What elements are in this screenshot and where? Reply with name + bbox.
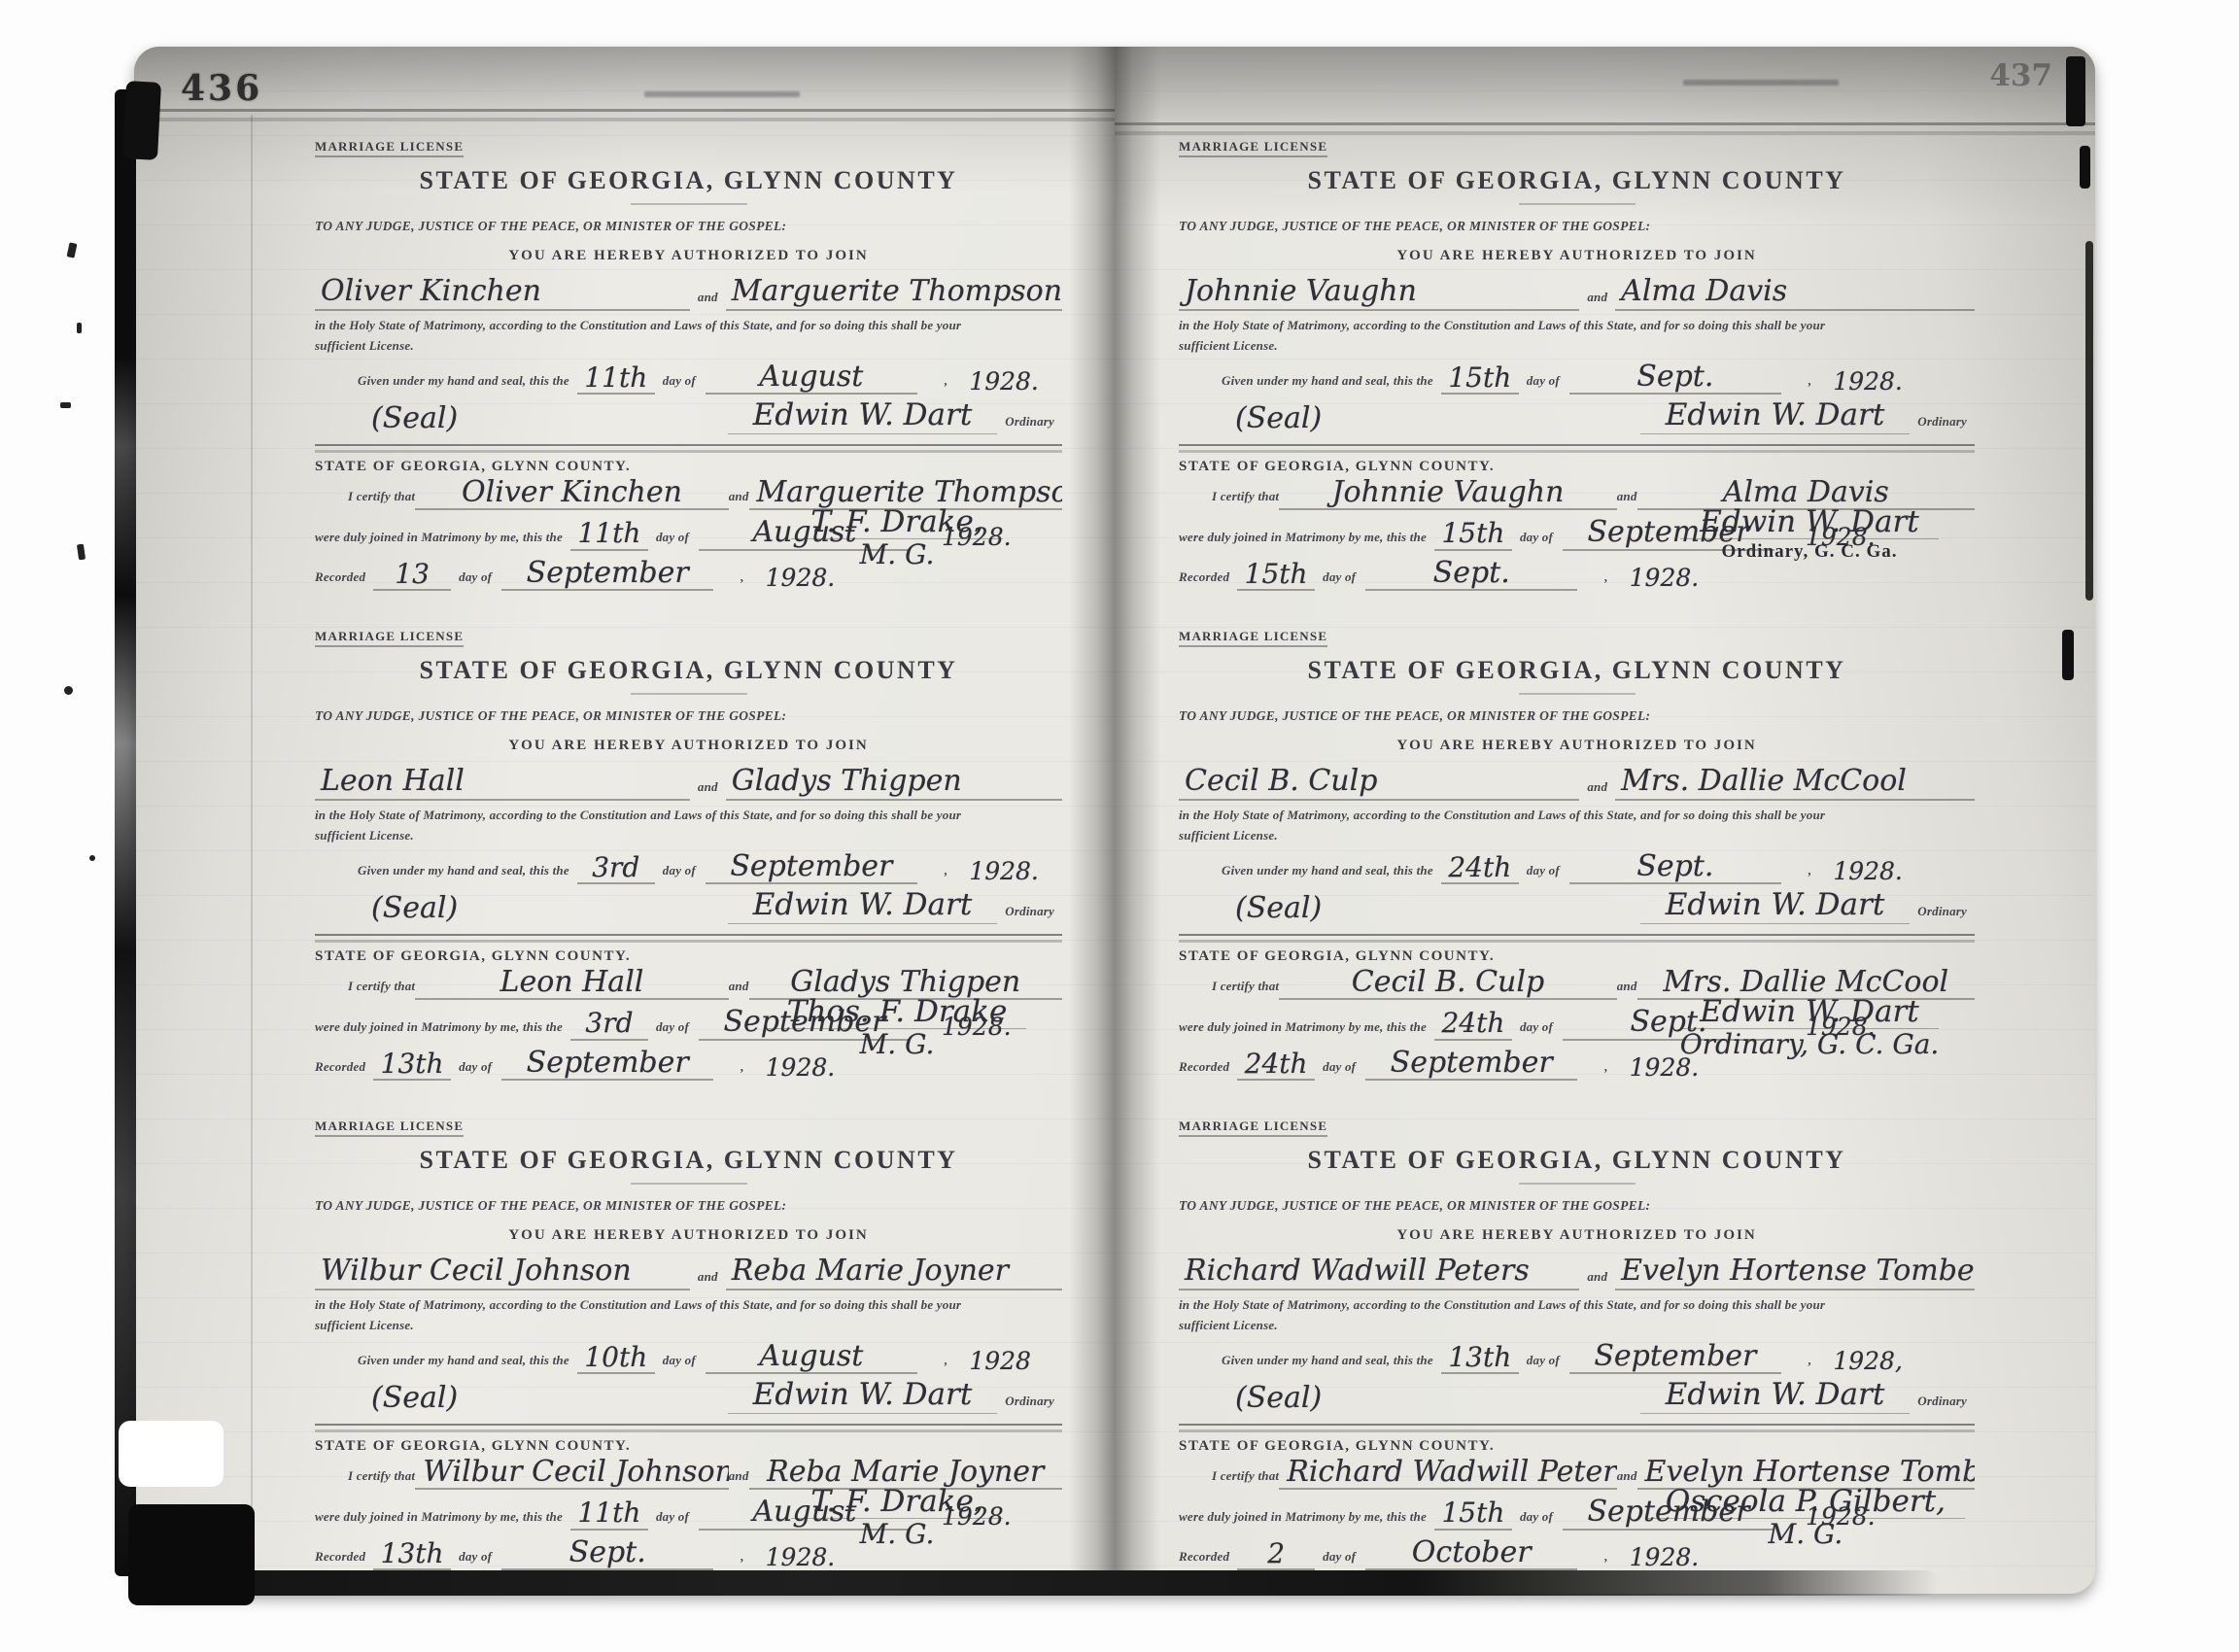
license-month: Sept. [1569,851,1781,885]
scan-artifact [2066,56,2085,126]
names-line: Richard Wadwill Peters and Evelyn Horten… [1179,1256,1975,1291]
ordinary-label: Ordinary [1005,1394,1054,1414]
day-of-label: day of [1520,1019,1553,1041]
minister-signature-line2: M. G. [741,1030,1052,1058]
section-divider [1179,934,1975,940]
recorded-day: 2 [1237,1539,1315,1570]
and-label: and [1587,779,1607,801]
license-day: 10th [577,1343,655,1374]
joined-clause: were duly joined in Matrimony by me, thi… [315,1019,563,1041]
i-certify-label: I certify that [1212,1468,1279,1490]
minister-signature-line1: Thos. F. Drake [768,996,1027,1030]
given-under-text: Given under my hand and seal, this the [1222,863,1433,884]
certificate-body: I certify that Wilbur Cecil Johnson and … [315,1457,1062,1571]
salutation: TO ANY JUDGE, JUSTICE OF THE PEACE, OR M… [315,1198,1062,1214]
joined-day: 15th [1434,519,1512,550]
minister-signature-line2: M. G. [741,540,1052,568]
page-top-rule [134,109,1115,118]
joined-clause: were duly joined in Matrimony by me, thi… [1179,1509,1427,1531]
day-of-label: day of [1527,863,1560,884]
minister-signature-line1: Edwin W. Dart [1680,996,1939,1030]
joined-clause: were duly joined in Matrimony by me, thi… [315,530,563,551]
printer-mark [644,91,800,97]
state-header: STATE OF GEORGIA, GLYNN COUNTY [315,1146,1062,1175]
header-rule [1519,693,1636,695]
scan-artifact [2085,241,2093,601]
matrimony-clause: in the Holy State of Matrimony, accordin… [315,1297,1062,1313]
header-rule [631,1183,747,1185]
bride-name: Alma Davis [1615,276,1975,311]
sufficient-license: sufficient License. [1179,338,1975,354]
license-month: August [706,361,917,396]
scan-artifact [199,1570,1939,1596]
license-date-line: Given under my hand and seal, this the 2… [1179,851,1975,885]
page-number-right: 437 [1989,58,2052,93]
and-label: and [1617,1468,1637,1490]
state-header: STATE OF GEORGIA, GLYNN COUNTY [1179,1146,1975,1175]
joined-day: 11th [570,1498,648,1530]
seal-signature-line: (Seal) Edwin W. Dart Ordinary [315,889,1062,924]
scan-artifact [67,242,78,258]
minister-signature-line2: M. G. [741,1520,1052,1548]
ordinary-signature: Edwin W. Dart [1640,889,1911,924]
minister-signature-line2: Ordinary, G. C. Ga. [1654,540,1965,565]
matrimony-clause: in the Holy State of Matrimony, accordin… [1179,1297,1975,1313]
minister-signature-line1: T. F. Drake, [791,1486,1002,1520]
ordinary-label: Ordinary [1005,904,1054,924]
minister-signature-block: Edwin W. Dart Ordinary, G. C. Ga. [1654,996,1965,1059]
license-day: 24th [1441,853,1519,884]
recorded-month: October [1365,1537,1577,1571]
names-line: Johnnie Vaughn and Alma Davis [1179,276,1975,311]
certificate-body: I certify that Richard Wadwill Peters an… [1179,1457,1975,1571]
scan-artifact [115,89,136,1576]
license-year: 1928. [969,859,1039,884]
minister-signature-block: T. F. Drake, M. G. [741,1486,1052,1549]
joined-day: 24th [1434,1009,1512,1040]
license-year: 1928. [1833,859,1903,884]
authorized-line: YOU ARE HEREBY AUTHORIZED TO JOIN [315,738,1062,754]
minister-signature-block: T. F. Drake, M. G. [741,506,1052,569]
minister-signature-line1: T. F. Drake, [791,506,1002,540]
recorded-label: Recorded [315,569,365,591]
certificate-groom-name: Oliver Kinchen [415,477,728,511]
day-of-label: day of [1323,1549,1356,1570]
comma: , [741,1549,743,1570]
recorded-year: 1928. [1630,566,1700,591]
groom-name: Richard Wadwill Peters [1179,1256,1579,1291]
recorded-year: 1928. [766,1545,836,1570]
certificate-header: STATE OF GEORGIA, GLYNN COUNTY. [315,948,1062,965]
recorded-month: Sept. [1365,558,1577,592]
certificate-header: STATE OF GEORGIA, GLYNN COUNTY. [315,459,1062,475]
ordinary-signature: Edwin W. Dart [728,399,998,434]
seal-text: (Seal) [371,1383,458,1414]
seal-text: (Seal) [1235,403,1322,434]
recorded-day: 15th [1237,560,1315,591]
day-of-label: day of [1323,569,1356,591]
seal-text: (Seal) [1235,893,1322,924]
names-line: Wilbur Cecil Johnson and Reba Marie Joyn… [315,1256,1062,1291]
authorized-line: YOU ARE HEREBY AUTHORIZED TO JOIN [315,1227,1062,1244]
recorded-day: 13th [373,1539,451,1570]
salutation: TO ANY JUDGE, JUSTICE OF THE PEACE, OR M… [1179,708,1975,724]
certificate-header: STATE OF GEORGIA, GLYNN COUNTY. [1179,948,1975,965]
groom-name: Leon Hall [315,766,690,801]
authorized-line: YOU ARE HEREBY AUTHORIZED TO JOIN [1179,1227,1975,1244]
comma: , [1604,569,1607,591]
seal-text: (Seal) [1235,1383,1322,1414]
certificate-groom-name: Johnnie Vaughn [1279,477,1616,511]
seal-text: (Seal) [371,893,458,924]
seal-signature-line: (Seal) Edwin W. Dart Ordinary [315,1379,1062,1414]
matrimony-clause: in the Holy State of Matrimony, accordin… [315,318,1062,333]
certificate-groom-name: Leon Hall [415,967,728,1001]
joined-day: 3rd [570,1009,648,1040]
day-of-label: day of [459,1549,492,1570]
day-of-label: day of [663,373,696,395]
license-day: 3rd [577,853,655,884]
comma: , [741,1059,743,1081]
seal-signature-line: (Seal) Edwin W. Dart Ordinary [1179,889,1975,924]
license-year: 1928 [969,1349,1031,1374]
recorded-year: 1928. [766,566,836,591]
license-year: 1928. [1833,369,1903,395]
given-under-text: Given under my hand and seal, this the [358,373,569,395]
recorded-label: Recorded [1179,569,1229,591]
recorded-day: 13 [373,560,451,591]
day-of-label: day of [459,569,492,591]
sufficient-license: sufficient License. [315,828,1062,843]
and-label: and [1587,290,1607,311]
joined-clause: were duly joined in Matrimony by me, thi… [1179,530,1427,551]
page-number-left: 436 [181,68,262,109]
joined-clause: were duly joined in Matrimony by me, thi… [315,1509,563,1531]
comma: , [1604,1549,1607,1570]
certificate-groom-name: Wilbur Cecil Johnson [415,1457,728,1491]
register-book: 436 MARRIAGE LICENSE STATE OF GEORGIA, G… [134,47,2095,1594]
section-divider [315,444,1062,450]
license-month: September [1569,1341,1781,1375]
minister-signature-block: Edwin W. Dart Ordinary, G. C. Ga. [1654,506,1965,565]
header-rule [1519,1183,1636,1185]
recorded-label: Recorded [1179,1059,1229,1081]
recorded-month: Sept. [501,1537,713,1571]
ordinary-signature: Edwin W. Dart [1640,399,1911,434]
marriage-license-label: MARRIAGE LICENSE [315,1119,464,1137]
certificate-body: I certify that Leon Hall and Gladys Thig… [315,967,1062,1082]
salutation: TO ANY JUDGE, JUSTICE OF THE PEACE, OR M… [315,708,1062,724]
scan-artifact [64,686,73,695]
recorded-year: 1928. [766,1055,836,1081]
license-year: 1928. [969,369,1039,395]
license-date-line: Given under my hand and seal, this the 3… [315,851,1062,885]
salutation: TO ANY JUDGE, JUSTICE OF THE PEACE, OR M… [1179,1198,1975,1214]
bride-name: Mrs. Dallie McCool [1615,766,1975,801]
certificate-header: STATE OF GEORGIA, GLYNN COUNTY. [315,1438,1062,1455]
printer-mark [1683,80,1839,86]
and-label: and [698,290,718,311]
and-label: and [1617,979,1637,1000]
ordinary-label: Ordinary [1917,414,1967,434]
license-month: August [706,1341,917,1375]
and-label: and [698,1269,718,1291]
section-divider [315,934,1062,940]
matrimony-clause: in the Holy State of Matrimony, accordin… [315,808,1062,823]
names-line: Leon Hall and Gladys Thigpen [315,766,1062,801]
recorded-label: Recorded [315,1059,365,1081]
section-divider [315,1424,1062,1429]
comma: , [1808,1353,1811,1374]
day-of-label: day of [459,1059,492,1081]
scan-artifact [2080,146,2090,189]
joined-day: 15th [1434,1498,1512,1530]
day-of-label: day of [663,1353,696,1374]
marriage-license-record: MARRIAGE LICENSE STATE OF GEORGIA, GLYNN… [1179,138,1975,591]
scan-artifact [89,855,95,861]
license-date-line: Given under my hand and seal, this the 1… [315,1341,1062,1375]
scan-artifact [2062,630,2074,680]
names-line: Oliver Kinchen and Marguerite Thompson [315,276,1062,311]
certificate-groom-name: Cecil B. Culp [1279,967,1616,1001]
marriage-license-label: MARRIAGE LICENSE [1179,139,1327,157]
section-divider [1179,444,1975,450]
bride-name: Reba Marie Joyner [726,1256,1062,1291]
marriage-license-label: MARRIAGE LICENSE [315,139,464,157]
right-page: 437 MARRIAGE LICENSE STATE OF GEORGIA, G… [1115,47,2095,1594]
given-under-text: Given under my hand and seal, this the [1222,1353,1433,1374]
and-label: and [1587,1269,1607,1291]
certificate-body: I certify that Oliver Kinchen and Margue… [315,477,1062,592]
day-of-label: day of [663,863,696,884]
recorded-month: September [1365,1048,1577,1082]
groom-name: Johnnie Vaughn [1179,276,1579,311]
scan-artifact [122,81,161,160]
certificate-groom-name: Richard Wadwill Peters [1279,1457,1616,1491]
authorized-line: YOU ARE HEREBY AUTHORIZED TO JOIN [315,248,1062,264]
recorded-month: September [501,558,713,592]
left-page-content: MARRIAGE LICENSE STATE OF GEORGIA, GLYNN… [315,138,1062,1594]
matrimony-clause: in the Holy State of Matrimony, accordin… [1179,318,1975,333]
recorded-label: Recorded [315,1549,365,1570]
sufficient-license: sufficient License. [315,338,1062,354]
scan-artifact [77,323,82,333]
given-under-text: Given under my hand and seal, this the [358,1353,569,1374]
license-date-line: Given under my hand and seal, this the 1… [1179,1341,1975,1375]
marriage-license-record: MARRIAGE LICENSE STATE OF GEORGIA, GLYNN… [1179,1118,1975,1570]
seal-signature-line: (Seal) Edwin W. Dart Ordinary [1179,1379,1975,1414]
groom-name: Cecil B. Culp [1179,766,1579,801]
given-under-text: Given under my hand and seal, this the [1222,373,1433,395]
minister-signature-line1: Osceola P. Gilbert, [1646,1486,1965,1520]
bride-name: Marguerite Thompson [726,276,1062,311]
day-of-label: day of [656,1509,689,1531]
joined-clause: were duly joined in Matrimony by me, thi… [1179,1019,1427,1041]
comma: , [945,373,947,395]
comma: , [741,569,743,591]
comma: , [1604,1059,1607,1081]
and-label: and [1617,489,1637,510]
i-certify-label: I certify that [348,1468,415,1490]
day-of-label: day of [656,1019,689,1041]
comma: , [945,1353,947,1374]
marriage-license-label: MARRIAGE LICENSE [1179,1119,1327,1137]
header-rule [1519,203,1636,205]
marriage-license-label: MARRIAGE LICENSE [1179,629,1327,647]
minister-signature-block: Thos. F. Drake M. G. [741,996,1052,1059]
recorded-year: 1928. [1630,1545,1700,1570]
joined-day: 11th [570,519,648,550]
day-of-label: day of [656,530,689,551]
seal-signature-line: (Seal) Edwin W. Dart Ordinary [315,399,1062,434]
marriage-license-record: MARRIAGE LICENSE STATE OF GEORGIA, GLYNN… [1179,628,1975,1081]
recorded-month: September [501,1048,713,1082]
state-header: STATE OF GEORGIA, GLYNN COUNTY [315,656,1062,685]
groom-name: Wilbur Cecil Johnson [315,1256,690,1291]
i-certify-label: I certify that [1212,489,1279,510]
ordinary-signature: Edwin W. Dart [728,889,998,924]
names-line: Cecil B. Culp and Mrs. Dallie McCool [1179,766,1975,801]
scan-artifact [60,402,71,408]
scanned-marriage-register: 436 MARRIAGE LICENSE STATE OF GEORGIA, G… [0,0,2239,1652]
marriage-license-record: MARRIAGE LICENSE STATE OF GEORGIA, GLYNN… [315,138,1062,591]
state-header: STATE OF GEORGIA, GLYNN COUNTY [1179,166,1975,195]
margin-line [251,115,253,1555]
license-date-line: Given under my hand and seal, this the 1… [315,361,1062,396]
sufficient-license: sufficient License. [1179,828,1975,843]
day-of-label: day of [1527,373,1560,395]
marriage-license-label: MARRIAGE LICENSE [315,629,464,647]
state-header: STATE OF GEORGIA, GLYNN COUNTY [1179,656,1975,685]
sufficient-license: sufficient License. [1179,1318,1975,1333]
right-page-content: MARRIAGE LICENSE STATE OF GEORGIA, GLYNN… [1179,138,1975,1594]
minister-signature-line2: Ordinary, G. C. Ga. [1654,1030,1965,1058]
matrimony-clause: in the Holy State of Matrimony, accordin… [1179,808,1975,823]
ordinary-signature: Edwin W. Dart [728,1379,998,1414]
i-certify-label: I certify that [348,489,415,510]
day-of-label: day of [1527,1353,1560,1374]
comma: , [945,863,947,884]
license-date-line: Given under my hand and seal, this the 1… [1179,361,1975,396]
day-of-label: day of [1520,530,1553,551]
license-day: 11th [577,363,655,395]
i-certify-label: I certify that [348,979,415,1000]
marriage-license-record: MARRIAGE LICENSE STATE OF GEORGIA, GLYNN… [315,1118,1062,1570]
marriage-license-record: MARRIAGE LICENSE STATE OF GEORGIA, GLYNN… [315,628,1062,1081]
authorized-line: YOU ARE HEREBY AUTHORIZED TO JOIN [1179,248,1975,264]
comma: , [1808,373,1811,395]
certificate-header: STATE OF GEORGIA, GLYNN COUNTY. [1179,1438,1975,1455]
header-rule [631,203,747,205]
license-month: September [706,851,917,885]
recorded-label: Recorded [1179,1549,1229,1570]
recorded-day: 24th [1237,1050,1315,1081]
scan-artifact [119,1421,224,1487]
salutation: TO ANY JUDGE, JUSTICE OF THE PEACE, OR M… [1179,219,1975,234]
day-of-label: day of [1323,1059,1356,1081]
sufficient-license: sufficient License. [315,1318,1062,1333]
scan-artifact [77,544,86,561]
i-certify-label: I certify that [1212,979,1279,1000]
ordinary-label: Ordinary [1005,414,1054,434]
bride-name: Gladys Thigpen [726,766,1062,801]
authorized-line: YOU ARE HEREBY AUTHORIZED TO JOIN [1179,738,1975,754]
left-page: 436 MARRIAGE LICENSE STATE OF GEORGIA, G… [134,47,1115,1594]
page-top-rule [1115,122,2095,131]
minister-signature-block: Osceola P. Gilbert, M. G. [1646,1486,1965,1549]
comma: , [1808,863,1811,884]
minister-signature-line1: Edwin W. Dart [1680,506,1939,540]
seal-text: (Seal) [371,403,458,434]
certificate-header: STATE OF GEORGIA, GLYNN COUNTY. [1179,459,1975,475]
license-day: 15th [1441,363,1519,395]
ordinary-label: Ordinary [1917,904,1967,924]
recorded-day: 13th [373,1050,451,1081]
license-month: Sept. [1569,361,1781,396]
section-divider [1179,1424,1975,1429]
bride-name: Evelyn Hortense Tomberlin [1615,1256,1975,1291]
day-of-label: day of [1520,1509,1553,1531]
scan-artifact [128,1504,255,1605]
seal-signature-line: (Seal) Edwin W. Dart Ordinary [1179,399,1975,434]
salutation: TO ANY JUDGE, JUSTICE OF THE PEACE, OR M… [315,219,1062,234]
minister-signature-line2: M. G. [1646,1520,1965,1548]
certificate-body: I certify that Johnnie Vaughn and Alma D… [1179,477,1975,592]
given-under-text: Given under my hand and seal, this the [358,863,569,884]
ordinary-label: Ordinary [1917,1394,1967,1414]
and-label: and [698,779,718,801]
state-header: STATE OF GEORGIA, GLYNN COUNTY [315,166,1062,195]
groom-name: Oliver Kinchen [315,276,690,311]
license-year: 1928, [1833,1349,1903,1374]
license-day: 13th [1441,1343,1519,1374]
ordinary-signature: Edwin W. Dart [1640,1379,1911,1414]
header-rule [631,693,747,695]
certificate-body: I certify that Cecil B. Culp and Mrs. Da… [1179,967,1975,1082]
